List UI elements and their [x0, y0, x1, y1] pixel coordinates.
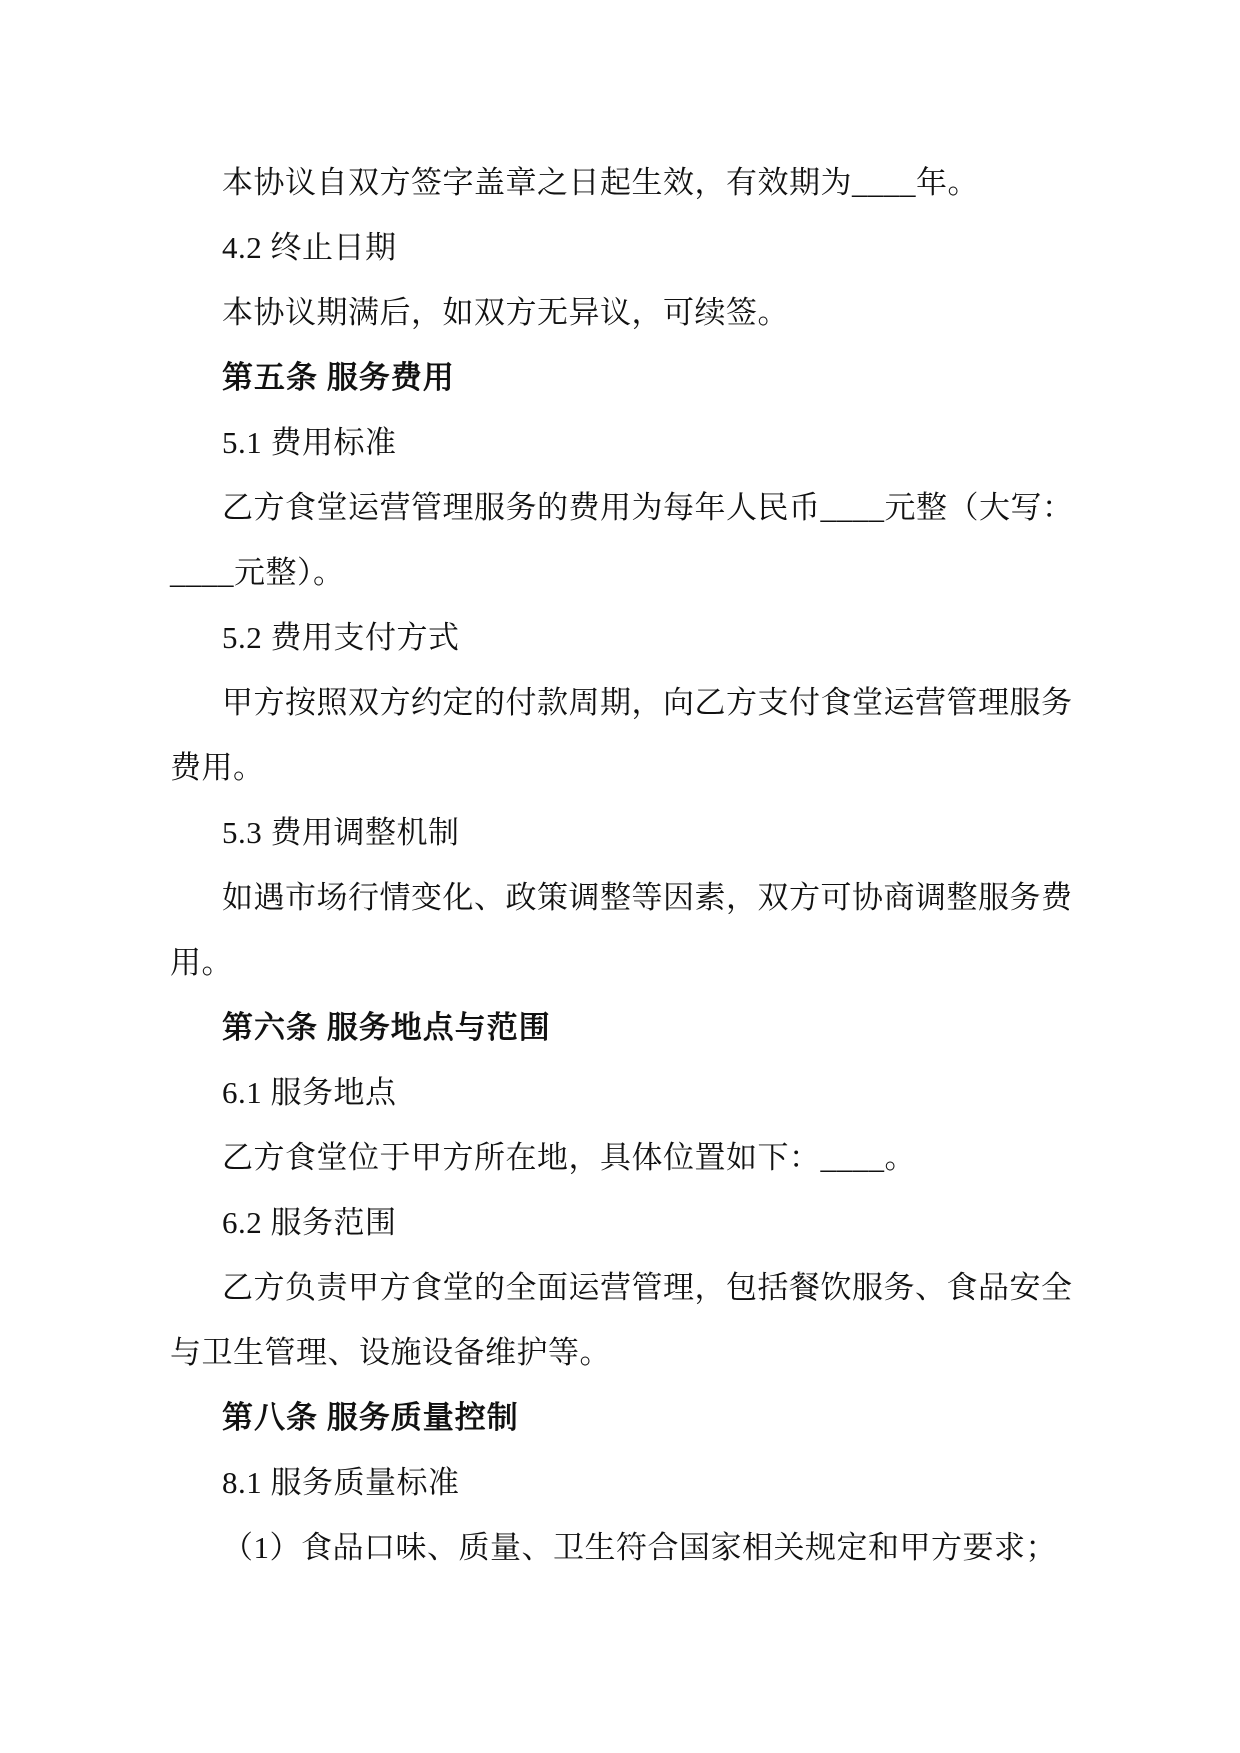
text-line: 与卫生管理、设施设备维护等。 — [170, 1320, 1080, 1385]
text-line: 5.1 费用标准 — [170, 410, 1080, 475]
section-heading: 第五条 服务费用 — [170, 345, 1080, 410]
text-line: 乙方食堂位于甲方所在地，具体位置如下：____。 — [170, 1125, 1080, 1190]
document-page: 本协议自双方签字盖章之日起生效，有效期为____年。4.2 终止日期本协议期满后… — [0, 0, 1240, 1753]
section-heading: 第八条 服务质量控制 — [170, 1385, 1080, 1450]
text-line: 6.1 服务地点 — [170, 1060, 1080, 1125]
text-line: 5.3 费用调整机制 — [170, 800, 1080, 865]
text-line: ____元整）。 — [170, 540, 1080, 605]
text-line: 如遇市场行情变化、政策调整等因素，双方可协商调整服务费 — [170, 865, 1080, 930]
text-line: 8.1 服务质量标准 — [170, 1450, 1080, 1515]
text-line: 4.2 终止日期 — [170, 215, 1080, 280]
text-line: 乙方负责甲方食堂的全面运营管理，包括餐饮服务、食品安全 — [170, 1255, 1080, 1320]
text-line: 费用。 — [170, 735, 1080, 800]
text-line: 本协议自双方签字盖章之日起生效，有效期为____年。 — [170, 150, 1080, 215]
text-line: （1）食品口味、质量、卫生符合国家相关规定和甲方要求； — [170, 1515, 1080, 1580]
text-line: 甲方按照双方约定的付款周期，向乙方支付食堂运营管理服务 — [170, 670, 1080, 735]
text-line: 用。 — [170, 930, 1080, 995]
section-heading: 第六条 服务地点与范围 — [170, 995, 1080, 1060]
text-line: 本协议期满后，如双方无异议，可续签。 — [170, 280, 1080, 345]
text-line: 6.2 服务范围 — [170, 1190, 1080, 1255]
text-line: 5.2 费用支付方式 — [170, 605, 1080, 670]
document-body: 本协议自双方签字盖章之日起生效，有效期为____年。4.2 终止日期本协议期满后… — [170, 150, 1080, 1580]
text-line: 乙方食堂运营管理服务的费用为每年人民币____元整（大写： — [170, 475, 1080, 540]
